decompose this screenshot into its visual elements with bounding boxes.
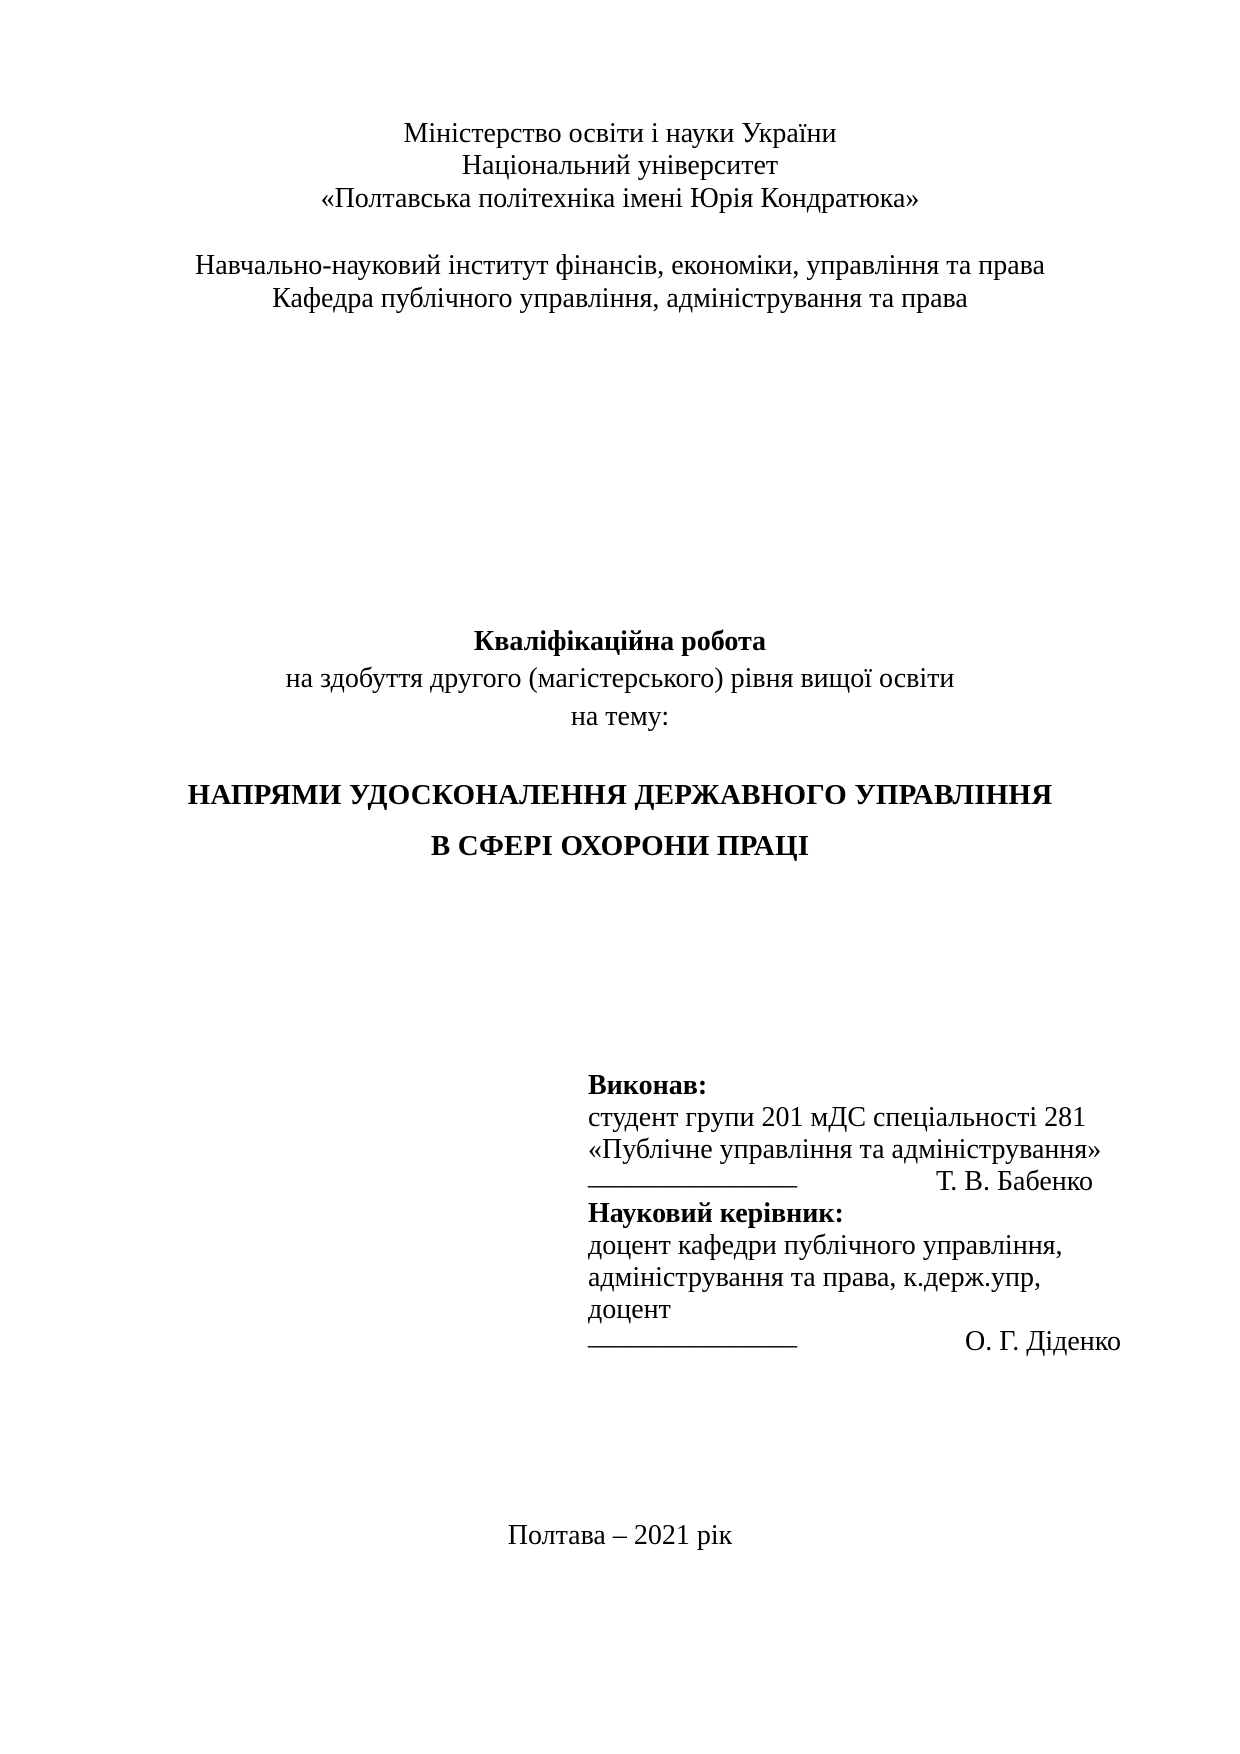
university-name: Національний університет <box>0 150 1240 182</box>
supervisor-signature-line: ________________ <box>588 1320 796 1352</box>
institute-name: Навчально-науковий інститут фінансів, ек… <box>0 250 1240 282</box>
supervisor-name: О. Г. Діденко <box>965 1326 1121 1358</box>
supervisor-position-line-2: адміністрування та права, к.держ.упр, <box>588 1262 1148 1294</box>
university-full-name: «Полтавська політехніка імені Юрія Кондр… <box>0 183 1240 215</box>
document-page: Міністерство освіти і науки України Наці… <box>0 0 1240 1754</box>
work-type: Кваліфікаційна робота <box>0 626 1240 658</box>
author-group-specialty: студент групи 201 мДС спеціальності 281 <box>588 1102 1148 1134</box>
author-name: Т. В. Бабенко <box>936 1166 1093 1198</box>
supervisor-label: Науковий керівник: <box>588 1198 1148 1230</box>
degree-line: на здобуття другого (магістерського) рів… <box>0 663 1240 695</box>
department-name: Кафедра публічного управління, адміністр… <box>0 283 1240 315</box>
author-signature-line: ________________ <box>588 1160 796 1192</box>
ministry-name: Міністерство освіти і науки України <box>0 118 1240 150</box>
signatures-block: Виконав: студент групи 201 мДС спеціальн… <box>588 1070 1148 1358</box>
supervisor-position-line-1: доцент кафедри публічного управління, <box>588 1230 1148 1262</box>
author-signature-row: ________________ Т. В. Бабенко <box>588 1166 1148 1198</box>
thesis-title-line-1: НАПРЯМИ УДОСКОНАЛЕННЯ ДЕРЖАВНОГО УПРАВЛІ… <box>0 779 1240 811</box>
on-topic-label: на тему: <box>0 701 1240 733</box>
author-label: Виконав: <box>588 1070 1148 1102</box>
city-year: Полтава – 2021 рік <box>0 1520 1240 1552</box>
thesis-title-line-2: В СФЕРІ ОХОРОНИ ПРАЦІ <box>0 830 1240 862</box>
supervisor-signature-row: ________________ О. Г. Діденко <box>588 1326 1148 1358</box>
